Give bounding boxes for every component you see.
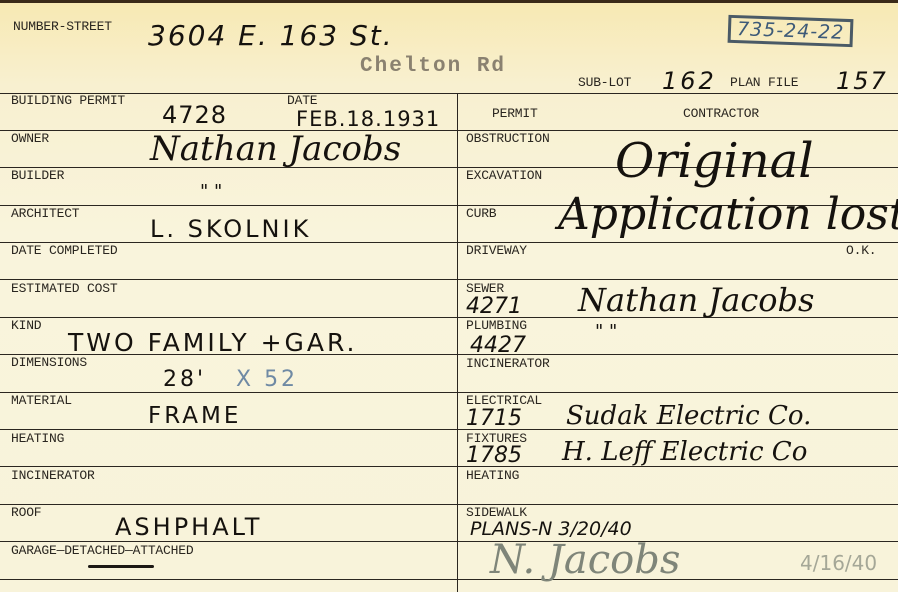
heating-label: HEATING <box>11 431 64 446</box>
dimensions-value-width: 28' <box>163 367 206 392</box>
architect-label: ARCHITECT <box>11 206 79 221</box>
electrical-contractor-value: Sudak Electric Co. <box>566 401 811 431</box>
sewer-permit-value: 4271 <box>466 294 522 319</box>
permit-column-header: PERMIT <box>492 106 538 121</box>
dimensions-label: DIMENSIONS <box>11 355 87 370</box>
date-label: DATE <box>287 93 317 108</box>
original-note: Original <box>615 133 814 189</box>
roof-label: ROOF <box>11 505 41 520</box>
sub-lot-label: SUB-LOT <box>578 75 631 90</box>
number-street-value: 3604 E. 163 St. <box>148 19 394 52</box>
divider <box>0 93 898 94</box>
estimated-cost-label: ESTIMATED COST <box>11 281 117 296</box>
excavation-label: EXCAVATION <box>466 168 542 183</box>
ok-label: O.K. <box>846 243 876 258</box>
architect-value: L. SKOLNIK <box>150 215 311 243</box>
date-value: FEB.18.1931 <box>296 107 440 131</box>
divider <box>0 504 457 505</box>
divider <box>0 579 457 580</box>
material-value: FRAME <box>148 403 241 429</box>
builder-label: BUILDER <box>11 168 64 183</box>
building-permit-label: BUILDING PERMIT <box>11 93 125 108</box>
application-lost-note: Application lost <box>558 189 898 240</box>
building-permit-value: 4728 <box>162 101 227 129</box>
electrical-permit-value: 1715 <box>466 406 522 431</box>
number-street-label: NUMBER-STREET <box>13 19 112 34</box>
divider <box>457 279 898 280</box>
divider <box>0 466 457 467</box>
plan-file-value: 157 <box>836 67 888 95</box>
divider <box>0 429 457 430</box>
builder-value-ditto: " " <box>200 181 222 202</box>
kind-value: TWO FAMILY +GAR. <box>68 328 357 357</box>
curb-label: CURB <box>466 206 496 221</box>
fixtures-permit-value: 1785 <box>466 443 522 468</box>
divider <box>0 279 457 280</box>
contractor-column-header: CONTRACTOR <box>683 106 759 121</box>
street-name-stamp: Chelton Rd <box>360 55 506 78</box>
sub-lot-value: 162 <box>662 67 717 95</box>
dimensions-value-depth: X 52 <box>236 367 298 392</box>
driveway-label: DRIVEWAY <box>466 243 527 258</box>
garage-label: GARAGE—DETACHED—ATTACHED <box>11 543 193 558</box>
signature-date: 4/16/40 <box>800 551 877 575</box>
obstruction-label: OBSTRUCTION <box>466 131 550 146</box>
divider <box>0 317 457 318</box>
plan-file-label: PLAN FILE <box>730 75 798 90</box>
divider <box>0 541 457 542</box>
parcel-number-box: 735-24-22 <box>728 15 854 47</box>
heating-permit-label: HEATING <box>466 468 519 483</box>
plumbing-contractor-ditto: " " <box>595 321 617 342</box>
owner-value: Nathan Jacobs <box>150 129 401 169</box>
signature: N. Jacobs <box>490 537 680 583</box>
owner-label: OWNER <box>11 131 49 146</box>
date-completed-label: DATE COMPLETED <box>11 243 117 258</box>
plumbing-permit-value: 4427 <box>470 333 526 358</box>
fixtures-contractor-value: H. Leff Electric Co <box>562 437 807 467</box>
sewer-contractor-value: Nathan Jacobs <box>578 281 814 319</box>
detached-underline-mark <box>88 565 154 568</box>
plumbing-label: PLUMBING <box>466 318 527 333</box>
building-record-card: NUMBER-STREET 3604 E. 163 St. Chelton Rd… <box>0 0 898 592</box>
kind-label: KIND <box>11 318 41 333</box>
incinerator-label: INCINERATOR <box>11 468 95 483</box>
roof-value: ASHPHALT <box>115 513 262 541</box>
material-label: MATERIAL <box>11 393 72 408</box>
incinerator-permit-label: INCINERATOR <box>466 356 550 371</box>
